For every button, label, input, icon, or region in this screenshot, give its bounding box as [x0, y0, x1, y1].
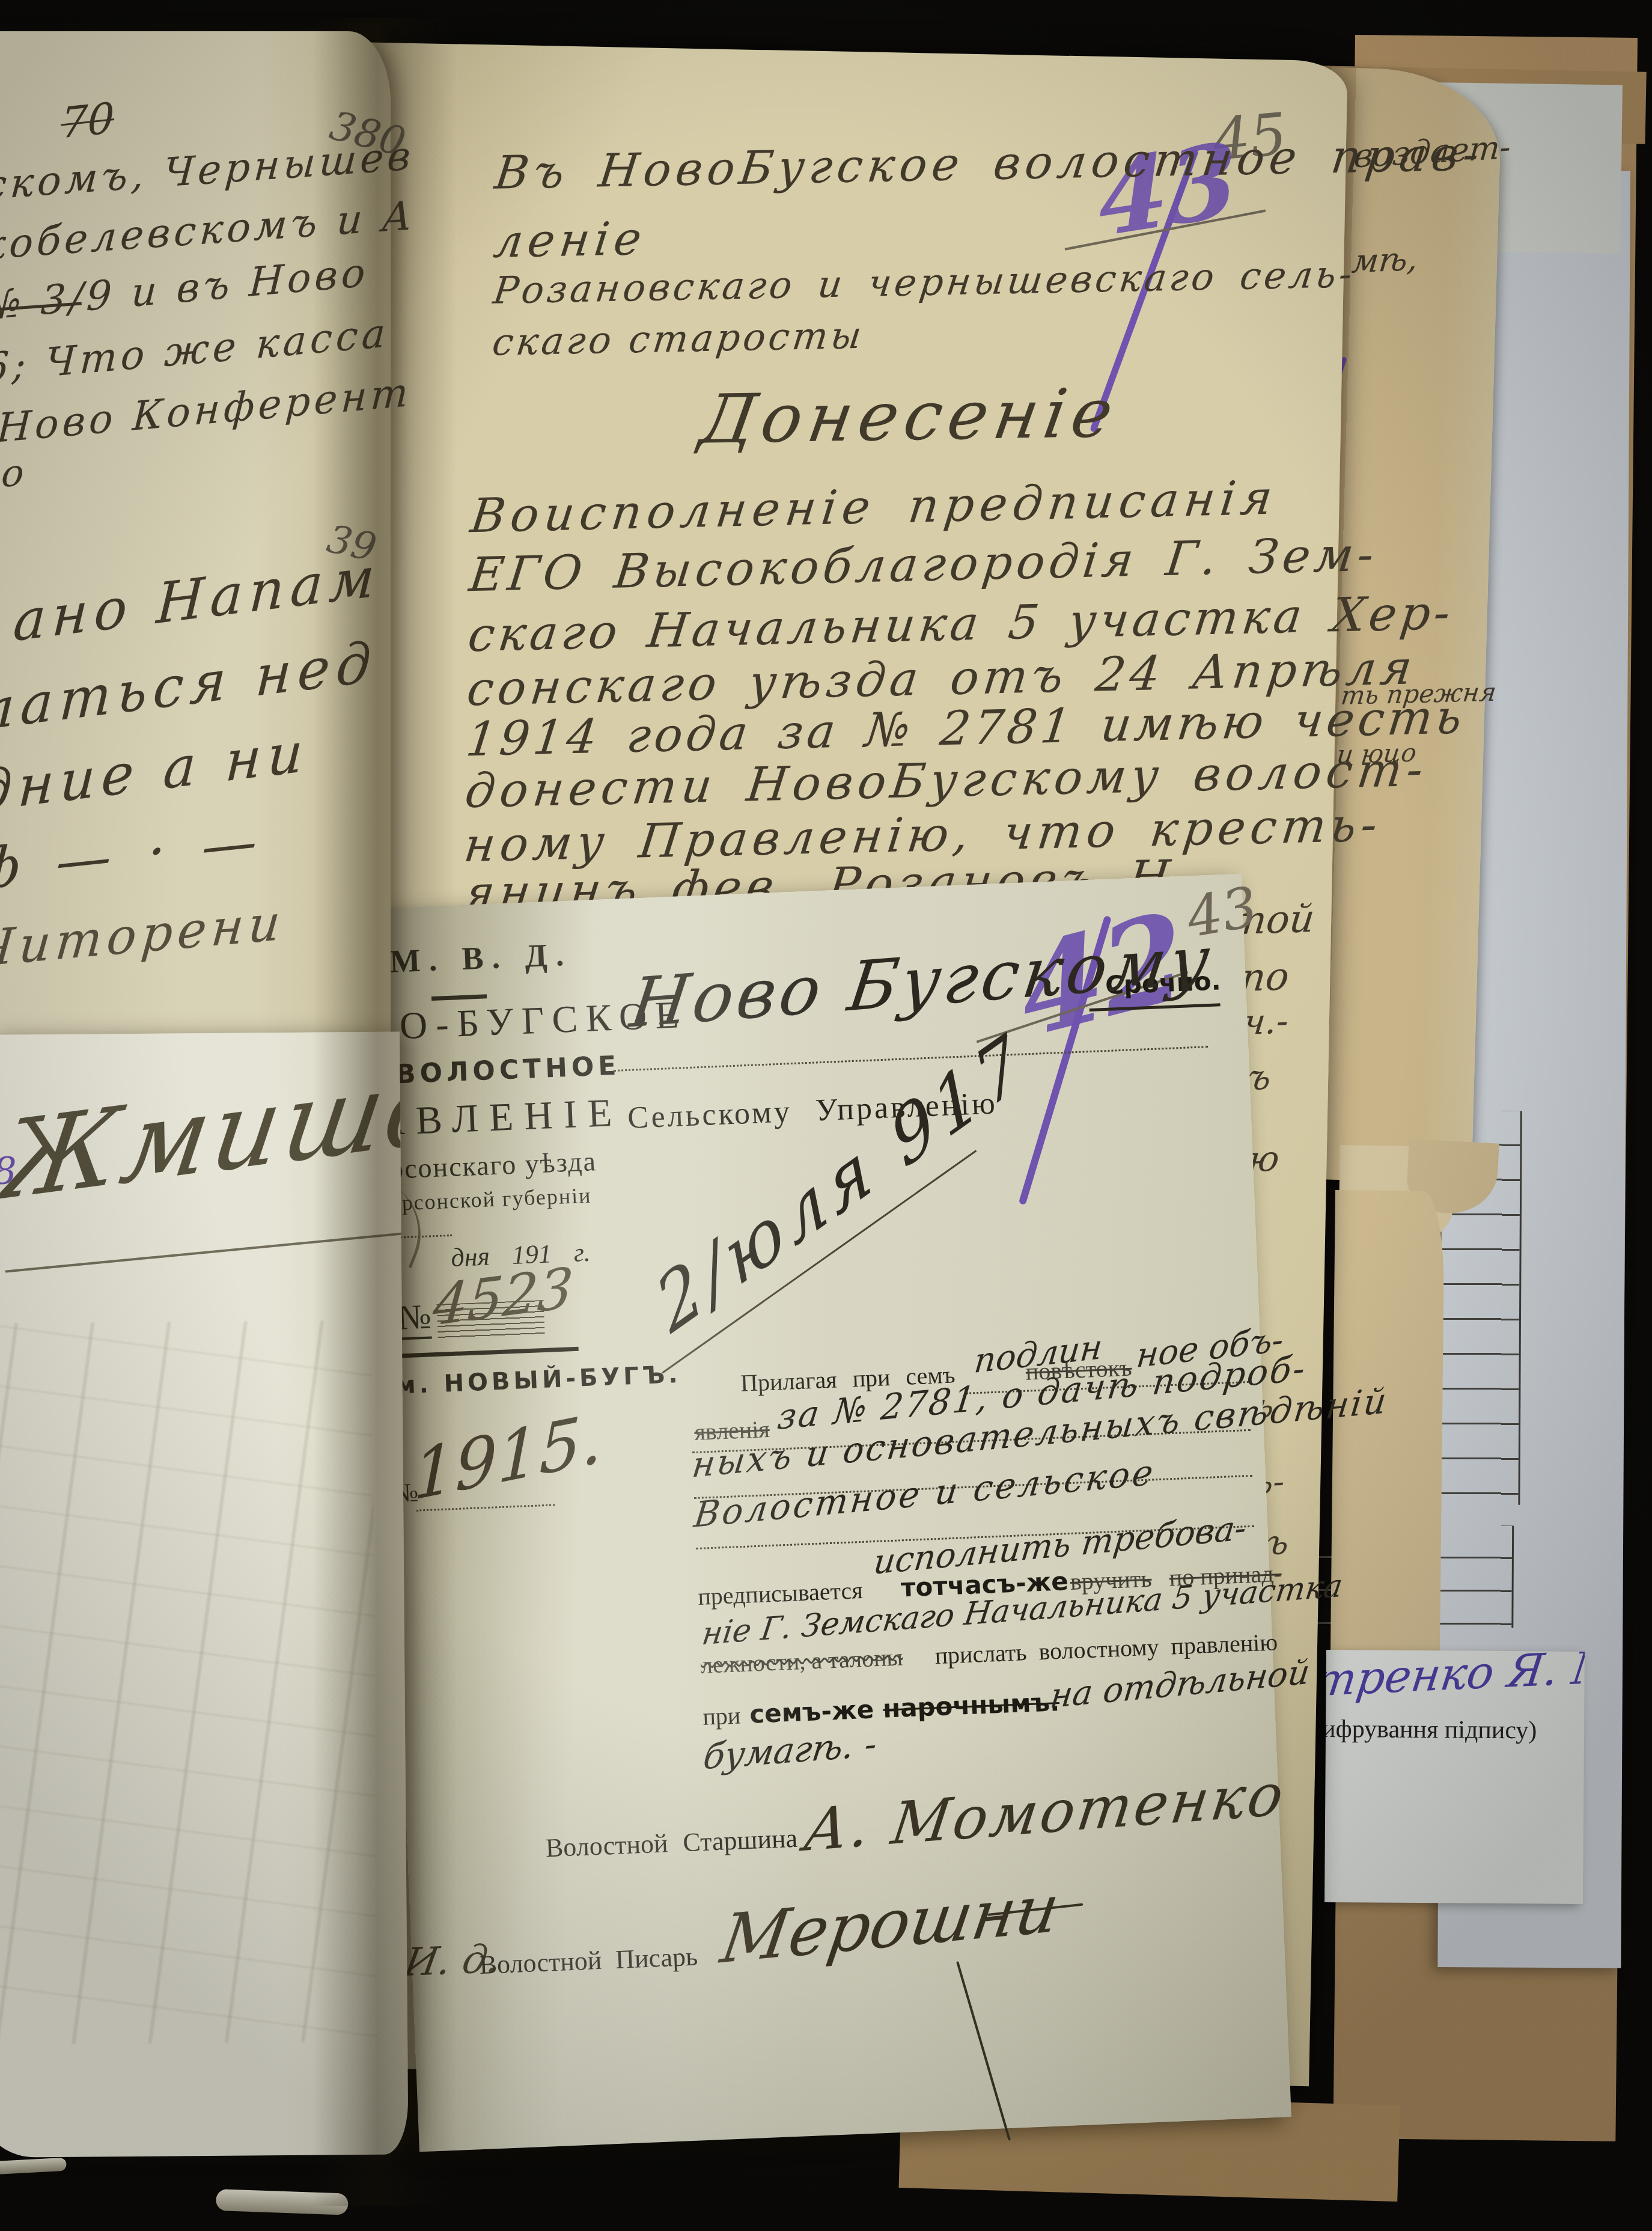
archival-photo: воздает- мѣ, ть прежня и юцо тренко Я. М…	[0, 0, 1652, 2231]
addressee-dotted	[614, 1045, 1208, 1072]
pisar-signature: Мерошни	[716, 1869, 1064, 1978]
volost-name-2: ВОЛОСТНОЕ	[395, 1050, 621, 1090]
thick-rule	[396, 1347, 579, 1358]
place-line: м. НОВЫЙ-БУГЪ.	[395, 1361, 681, 1400]
mvd-form-page: М. В. Д. НОВО-БУГСКОЕ ВОЛОСТНОЕ ПРАВЛЕНІ…	[370, 874, 1291, 2152]
margin-fragment: по	[1239, 954, 1291, 1001]
rolled-page-edge	[216, 2189, 349, 2215]
number2-hw: 1915.	[413, 1399, 603, 1516]
left-page-bottom: 98 Жмишфае	[0, 1032, 409, 2158]
pisar-label: Волостной Писарь	[479, 1941, 698, 1981]
address-line: скаго старосты	[490, 313, 867, 364]
paragraph-hw: бумагѣ. -	[701, 1723, 879, 1778]
paragraph-struck-bold: нарочнымъ.	[882, 1687, 1060, 1724]
slip-signature: тренко Я. М.	[1324, 1650, 1585, 1707]
bleed-through-marks	[0, 1320, 377, 2045]
left-line: во	[0, 450, 25, 498]
slip-caption: ифрування підпису)	[1324, 1715, 1537, 1745]
large-signature: Жмишфае	[0, 1032, 409, 1225]
starshina-label: Волостной Старшина	[545, 1823, 798, 1864]
address-line: леніе	[491, 212, 649, 268]
starshina-signature: А. Момотенко	[800, 1760, 1290, 1865]
left-page-top: 70 380 скомъ, Чернышев кобелевскомъ и А …	[0, 31, 391, 1056]
letterhead-rule	[431, 994, 487, 1001]
archival-slip: тренко Я. М. ифрування підпису)	[1324, 1650, 1585, 1904]
signature-flourish-line	[5, 1226, 409, 1273]
left-mid-line: ф — · —	[0, 807, 269, 903]
address-line: Въ НовоБугское волостное прав-	[492, 127, 1487, 200]
paragraph-printed: при	[702, 1701, 741, 1730]
report-title: Донесеніе	[695, 374, 1124, 459]
ministry-abbrev: М. В. Д.	[389, 936, 573, 980]
rolled-page-edge	[0, 2158, 67, 2175]
margin-fragment: ч.-	[1242, 1000, 1290, 1043]
left-mid-line: Читорени	[0, 894, 287, 978]
crossed-mark-70: 70	[60, 93, 115, 148]
number-label: №	[397, 1296, 432, 1340]
tan-fragment-text: мѣ,	[1350, 240, 1420, 281]
signature-tail-stroke	[956, 1961, 1011, 2141]
paragraph-printed-bold: семъ-же	[749, 1694, 874, 1729]
